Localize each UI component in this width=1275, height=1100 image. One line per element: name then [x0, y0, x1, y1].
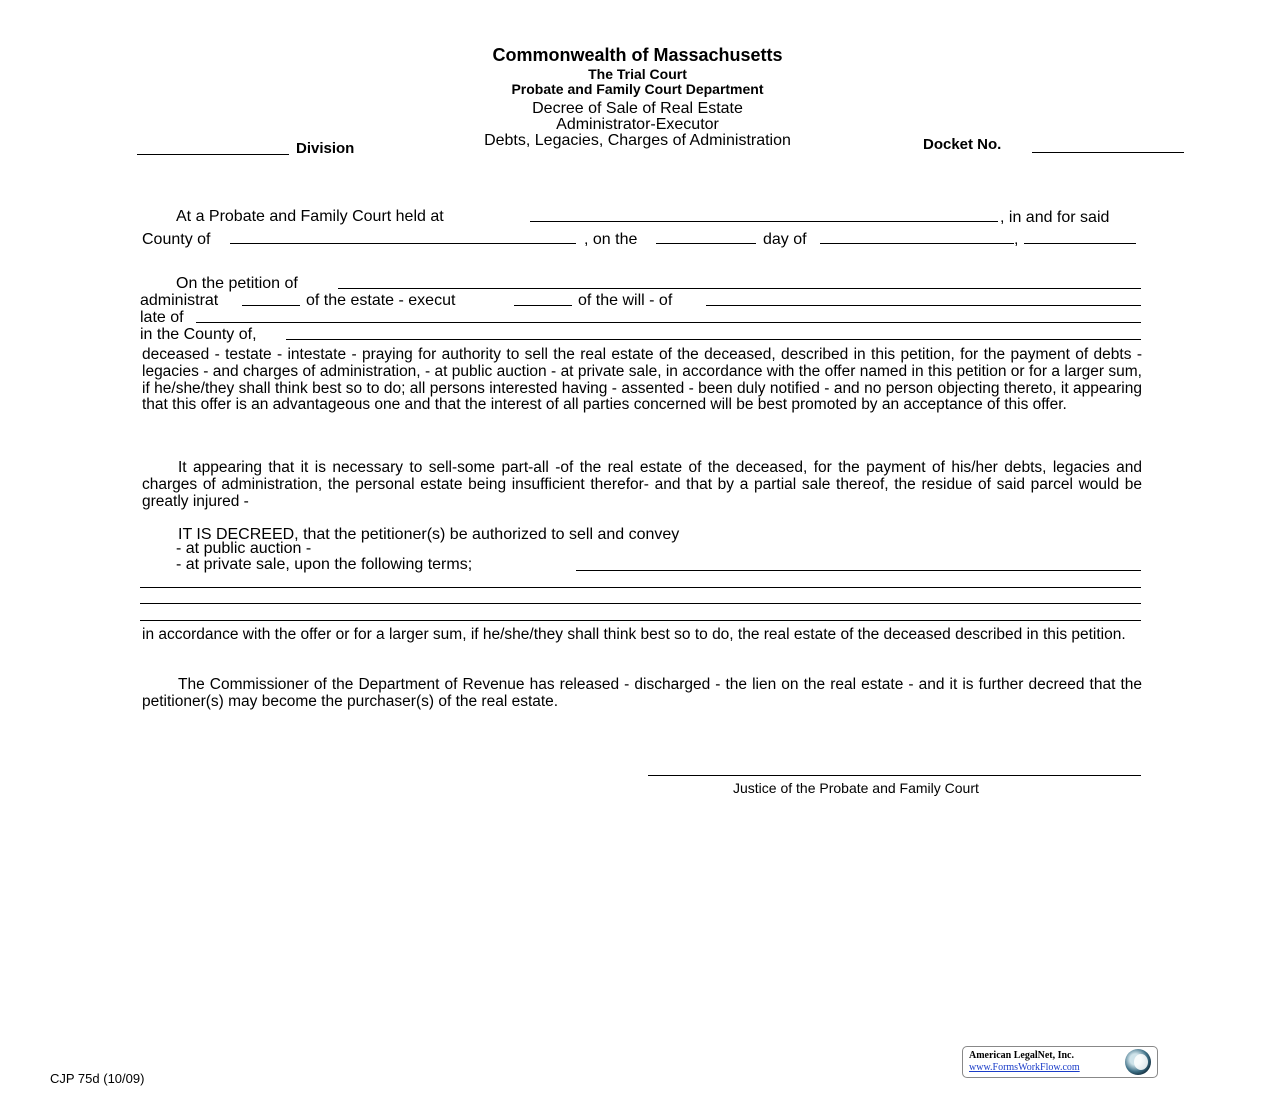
comma: ,: [1014, 231, 1018, 249]
docket-label: Docket No.: [923, 136, 1001, 153]
signature-line[interactable]: [648, 775, 1141, 776]
day-of-label: day of: [763, 231, 807, 249]
month-field[interactable]: [820, 229, 1014, 244]
county-of-label: County of: [142, 231, 210, 249]
decree-line-3: - at private sale, upon the following te…: [176, 556, 472, 574]
terms-field-1[interactable]: [576, 556, 1141, 571]
late-of-field[interactable]: [196, 308, 1141, 323]
court-location-field[interactable]: [530, 207, 998, 222]
terms-line-2[interactable]: [140, 587, 1141, 588]
terms-line-3[interactable]: [140, 603, 1141, 604]
petition-paragraph: deceased - testate - intestate - praying…: [142, 347, 1142, 414]
state-title: Commonwealth of Massachusetts: [0, 45, 1275, 66]
in-and-for-label: , in and for said: [1000, 209, 1109, 227]
division-label: Division: [296, 140, 354, 157]
globe-logo-icon: [1125, 1049, 1151, 1075]
county-field[interactable]: [230, 229, 576, 244]
execut-suffix-field[interactable]: [514, 291, 572, 306]
court-title: The Trial Court: [0, 66, 1275, 82]
lien-paragraph: The Commissioner of the Department of Re…: [142, 677, 1142, 711]
late-of-label: late of: [140, 309, 184, 327]
terms-line-4[interactable]: [140, 620, 1141, 621]
day-field[interactable]: [656, 229, 756, 244]
signature-label: Justice of the Probate and Family Court: [733, 780, 979, 796]
year-field[interactable]: [1024, 229, 1136, 244]
department-title: Probate and Family Court Department: [0, 81, 1275, 97]
division-field[interactable]: [137, 140, 289, 155]
vendor-name: American LegalNet, Inc.: [969, 1050, 1074, 1061]
on-the-label: , on the: [584, 231, 637, 249]
docket-number-field[interactable]: [1032, 138, 1184, 153]
court-held-label: At a Probate and Family Court held at: [176, 208, 444, 226]
county-label: in the County of,: [140, 326, 257, 344]
decedent-field[interactable]: [706, 291, 1141, 306]
vendor-badge[interactable]: American LegalNet, Inc. www.FormsWorkFlo…: [962, 1046, 1158, 1078]
necessity-paragraph: It appearing that it is necessary to sel…: [142, 460, 1142, 510]
administrat-suffix-field[interactable]: [242, 291, 300, 306]
accordance-paragraph: in accordance with the offer or for a la…: [142, 627, 1142, 644]
petition-county-field[interactable]: [286, 325, 1141, 340]
vendor-link[interactable]: www.FormsWorkFlow.com: [969, 1062, 1080, 1073]
form-code: CJP 75d (10/09): [50, 1071, 144, 1086]
petitioner-field[interactable]: [338, 274, 1141, 289]
